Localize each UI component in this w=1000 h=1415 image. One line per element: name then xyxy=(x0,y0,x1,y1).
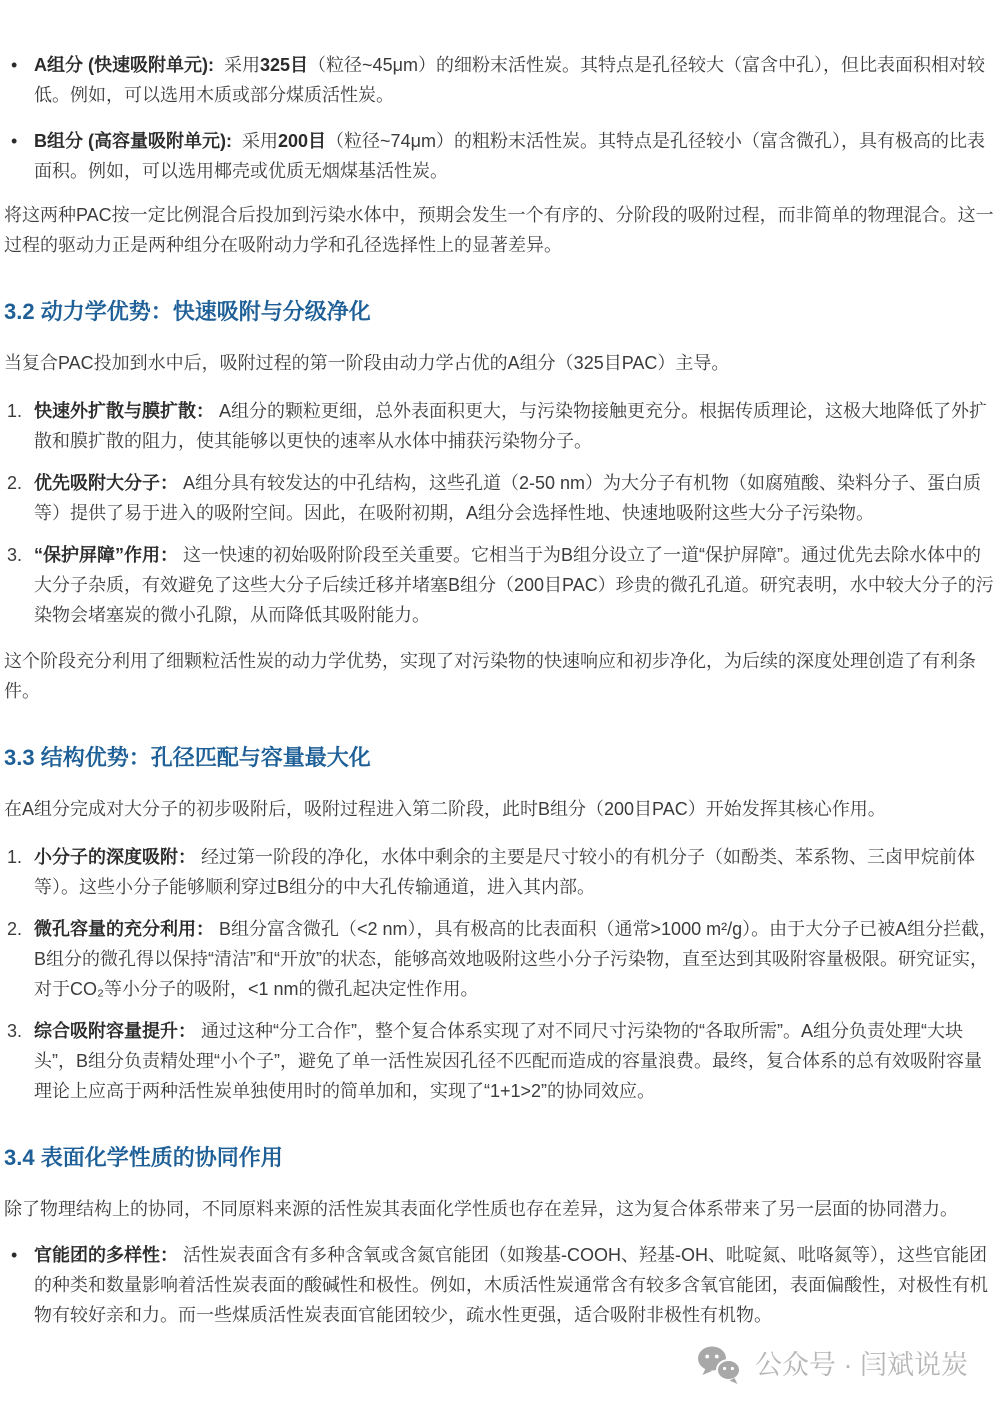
bullet-icon: • xyxy=(11,126,17,156)
bullet-item-functional-groups: • 官能团的多样性：活性炭表面含有多种含氧或含氮官能团（如羧基-COOH、羟基-… xyxy=(4,1240,998,1330)
section-heading-3-4: 3.4 表面化学性质的协同作用 xyxy=(4,1142,998,1174)
numbered-item-2: 2. 优先吸附大分子：A组分具有较发达的中孔结构，这些孔道（2-50 nm）为大… xyxy=(4,468,998,528)
numbered-item-3: 3. “保护屏障”作用：这一快速的初始吸附阶段至关重要。它相当于为B组分设立了一… xyxy=(4,540,998,630)
list-number: 3. xyxy=(7,1016,22,1046)
section-3-2-intro: 当复合PAC投加到水中后，吸附过程的第一阶段由动力学占优的A组分（325目PAC… xyxy=(4,348,998,378)
item-label: 官能团的多样性： xyxy=(34,1245,178,1265)
bullet-item-component-b: • B组分 (高容量吸附单元): 采用200目（粒径~74μm）的粗粉末活性炭。… xyxy=(4,126,998,186)
watermark: 公众号 · 闫斌说炭 xyxy=(4,1344,998,1386)
component-b-mesh: 200目 xyxy=(278,131,326,151)
component-a-mesh: 325目 xyxy=(260,55,308,75)
item-label: 小分子的深度吸附： xyxy=(34,847,196,867)
item-label: 快速外扩散与膜扩散： xyxy=(34,401,214,421)
list-number: 2. xyxy=(7,914,22,944)
component-b-pre: 采用 xyxy=(237,131,278,151)
section-heading-3-2: 3.2 动力学优势：快速吸附与分级净化 xyxy=(4,296,998,328)
component-a-label: A组分 (快速吸附单元): xyxy=(34,55,214,75)
section-3-4-intro: 除了物理结构上的协同，不同原料来源的活性炭其表面化学性质也存在差异，这为复合体系… xyxy=(4,1194,998,1224)
list-number: 3. xyxy=(7,540,22,570)
item-label: 微孔容量的充分利用： xyxy=(34,919,214,939)
item-label: “保护屏障”作用： xyxy=(34,545,178,565)
section-3-2-numbered-list: 1. 快速外扩散与膜扩散：A组分的颗粒更细，总外表面积更大，与污染物接触更充分。… xyxy=(4,396,998,630)
item-label: 优先吸附大分子： xyxy=(34,473,178,493)
section-3-2-outro: 这个阶段充分利用了细颗粒活性炭的动力学优势，实现了对污染物的快速响应和初步净化，… xyxy=(4,646,998,706)
watermark-text: 公众号 · 闫斌说炭 xyxy=(755,1344,968,1386)
list-number: 1. xyxy=(7,396,22,426)
bullet-item-component-a: • A组分 (快速吸附单元): 采用325目（粒径~45μm）的细粉末活性炭。其… xyxy=(4,50,998,110)
section-3-3-numbered-list: 1. 小分子的深度吸附：经过第一阶段的净化，水体中剩余的主要是尺寸较小的有机分子… xyxy=(4,842,998,1106)
component-bullet-list: • A组分 (快速吸附单元): 采用325目（粒径~45μm）的细粉末活性炭。其… xyxy=(4,50,998,186)
numbered-item-2: 2. 微孔容量的充分利用：B组分富含微孔（<2 nm），具有极高的比表面积（通常… xyxy=(4,914,998,1004)
bullet-icon: • xyxy=(11,50,17,80)
component-a-pre: 采用 xyxy=(219,55,260,75)
numbered-item-3: 3. 综合吸附容量提升：通过这种“分工合作”，整个复合体系实现了对不同尺寸污染物… xyxy=(4,1016,998,1106)
list-number: 2. xyxy=(7,468,22,498)
section-3-3-intro: 在A组分完成对大分子的初步吸附后，吸附过程进入第二阶段，此时B组分（200目PA… xyxy=(4,794,998,824)
section-heading-3-3: 3.3 结构优势：孔径匹配与容量最大化 xyxy=(4,742,998,774)
numbered-item-1: 1. 快速外扩散与膜扩散：A组分的颗粒更细，总外表面积更大，与污染物接触更充分。… xyxy=(4,396,998,456)
article-page: • A组分 (快速吸附单元): 采用325目（粒径~45μm）的细粉末活性炭。其… xyxy=(0,0,1000,1415)
section-3-4-bullet-list: • 官能团的多样性：活性炭表面含有多种含氧或含氮官能团（如羧基-COOH、羟基-… xyxy=(4,1240,998,1330)
wechat-official-account-icon xyxy=(697,1345,743,1385)
item-label: 综合吸附容量提升： xyxy=(34,1021,196,1041)
bullet-icon: • xyxy=(11,1240,17,1270)
list-number: 1. xyxy=(7,842,22,872)
numbered-item-1: 1. 小分子的深度吸附：经过第一阶段的净化，水体中剩余的主要是尺寸较小的有机分子… xyxy=(4,842,998,902)
paragraph-mixing: 将这两种PAC按一定比例混合后投加到污染水体中，预期会发生一个有序的、分阶段的吸… xyxy=(4,200,998,260)
component-b-label: B组分 (高容量吸附单元): xyxy=(34,131,232,151)
